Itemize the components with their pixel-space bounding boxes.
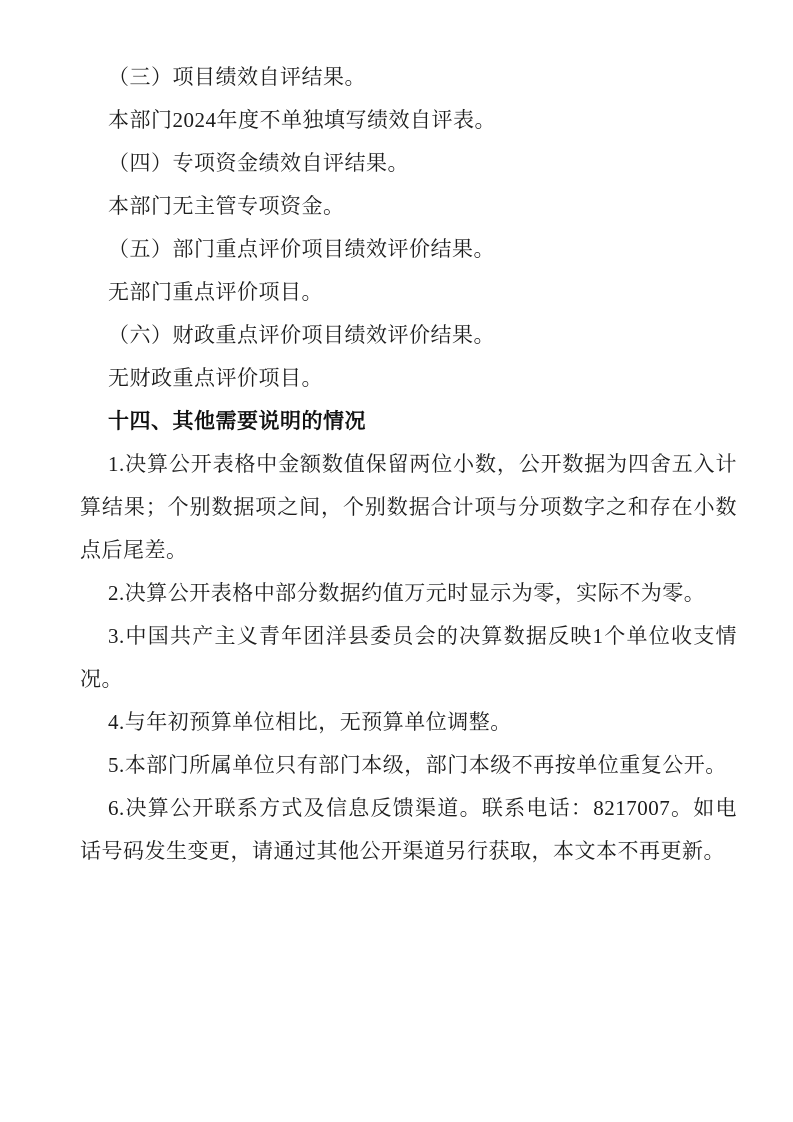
paragraph-note-6: 6.决算公开联系方式及信息反馈渠道。联系电话：8217007。如电话号码发生变更… (80, 787, 737, 873)
document-page: （三）项目绩效自评结果。 本部门2024年度不单独填写绩效自评表。 （四）专项资… (0, 0, 793, 1122)
paragraph-subsection-3-body: 本部门2024年度不单独填写绩效自评表。 (80, 99, 737, 142)
paragraph-subsection-6-body: 无财政重点评价项目。 (80, 357, 737, 400)
paragraph-subsection-3: （三）项目绩效自评结果。 (80, 56, 737, 99)
paragraph-note-3: 3.中国共产主义青年团洋县委员会的决算数据反映1个单位收支情况。 (80, 615, 737, 701)
paragraph-subsection-5: （五）部门重点评价项目绩效评价结果。 (80, 228, 737, 271)
paragraph-note-2: 2.决算公开表格中部分数据约值万元时显示为零，实际不为零。 (80, 572, 737, 615)
paragraph-note-5: 5.本部门所属单位只有部门本级，部门本级不再按单位重复公开。 (80, 744, 737, 787)
paragraph-subsection-5-body: 无部门重点评价项目。 (80, 271, 737, 314)
paragraph-subsection-4: （四）专项资金绩效自评结果。 (80, 142, 737, 185)
paragraph-note-4: 4.与年初预算单位相比，无预算单位调整。 (80, 701, 737, 744)
section-heading-14: 十四、其他需要说明的情况 (80, 400, 737, 443)
paragraph-subsection-4-body: 本部门无主管专项资金。 (80, 185, 737, 228)
paragraph-subsection-6: （六）财政重点评价项目绩效评价结果。 (80, 314, 737, 357)
paragraph-note-1: 1.决算公开表格中金额数值保留两位小数，公开数据为四舍五入计算结果；个别数据项之… (80, 443, 737, 572)
